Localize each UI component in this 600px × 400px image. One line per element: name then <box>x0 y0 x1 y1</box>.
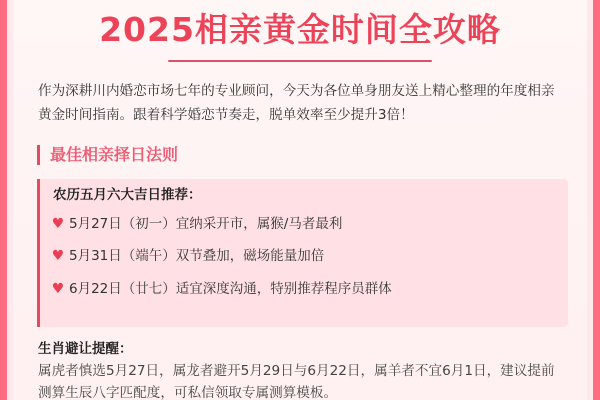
zodiac-warning-title: 生肖避让提醒： <box>38 339 133 359</box>
list-item-text: 6月22日（廿七）适宜深度沟通，特别推荐程序员群体 <box>69 278 392 300</box>
list-item: ♥ 6月22日（廿七）适宜深度沟通，特别推荐程序员群体 <box>51 278 392 300</box>
heart-icon: ♥ <box>51 213 65 235</box>
heart-icon: ♥ <box>51 278 65 300</box>
section-heading: 最佳相亲择日法则 <box>37 145 178 165</box>
list-item: ♥ 5月31日（端午）双节叠加，磁场能量加倍 <box>51 245 324 267</box>
article-page: 2025相亲黄金时间全攻略 作为深耕川内婚恋市场七年的专业顾问，今天为各位单身朋… <box>7 0 593 400</box>
list-item: ♥ 5月27日（初一）宜纳采开市，属猴/马者最利 <box>51 213 342 235</box>
intro-paragraph: 作为深耕川内婚恋市场七年的专业顾问，今天为各位单身朋友送上精心整理的年度相亲黄金… <box>38 79 568 127</box>
recommendation-box: 农历五月六大吉日推荐： ♥ 5月27日（初一）宜纳采开市，属猴/马者最利 ♥ 5… <box>37 179 568 327</box>
list-item-text: 5月27日（初一）宜纳采开市，属猴/马者最利 <box>69 213 342 235</box>
page-title: 2025相亲黄金时间全攻略 <box>7 10 593 50</box>
list-item-text: 5月31日（端午）双节叠加，磁场能量加倍 <box>69 245 324 267</box>
title-divider <box>168 60 432 62</box>
box-title: 农历五月六大吉日推荐： <box>53 185 202 205</box>
heart-icon: ♥ <box>51 245 65 267</box>
zodiac-warning-text: 属虎者慎选5月27日，属龙者避开5月29日与6月22日，属羊者不宜6月1日，建议… <box>38 360 563 400</box>
